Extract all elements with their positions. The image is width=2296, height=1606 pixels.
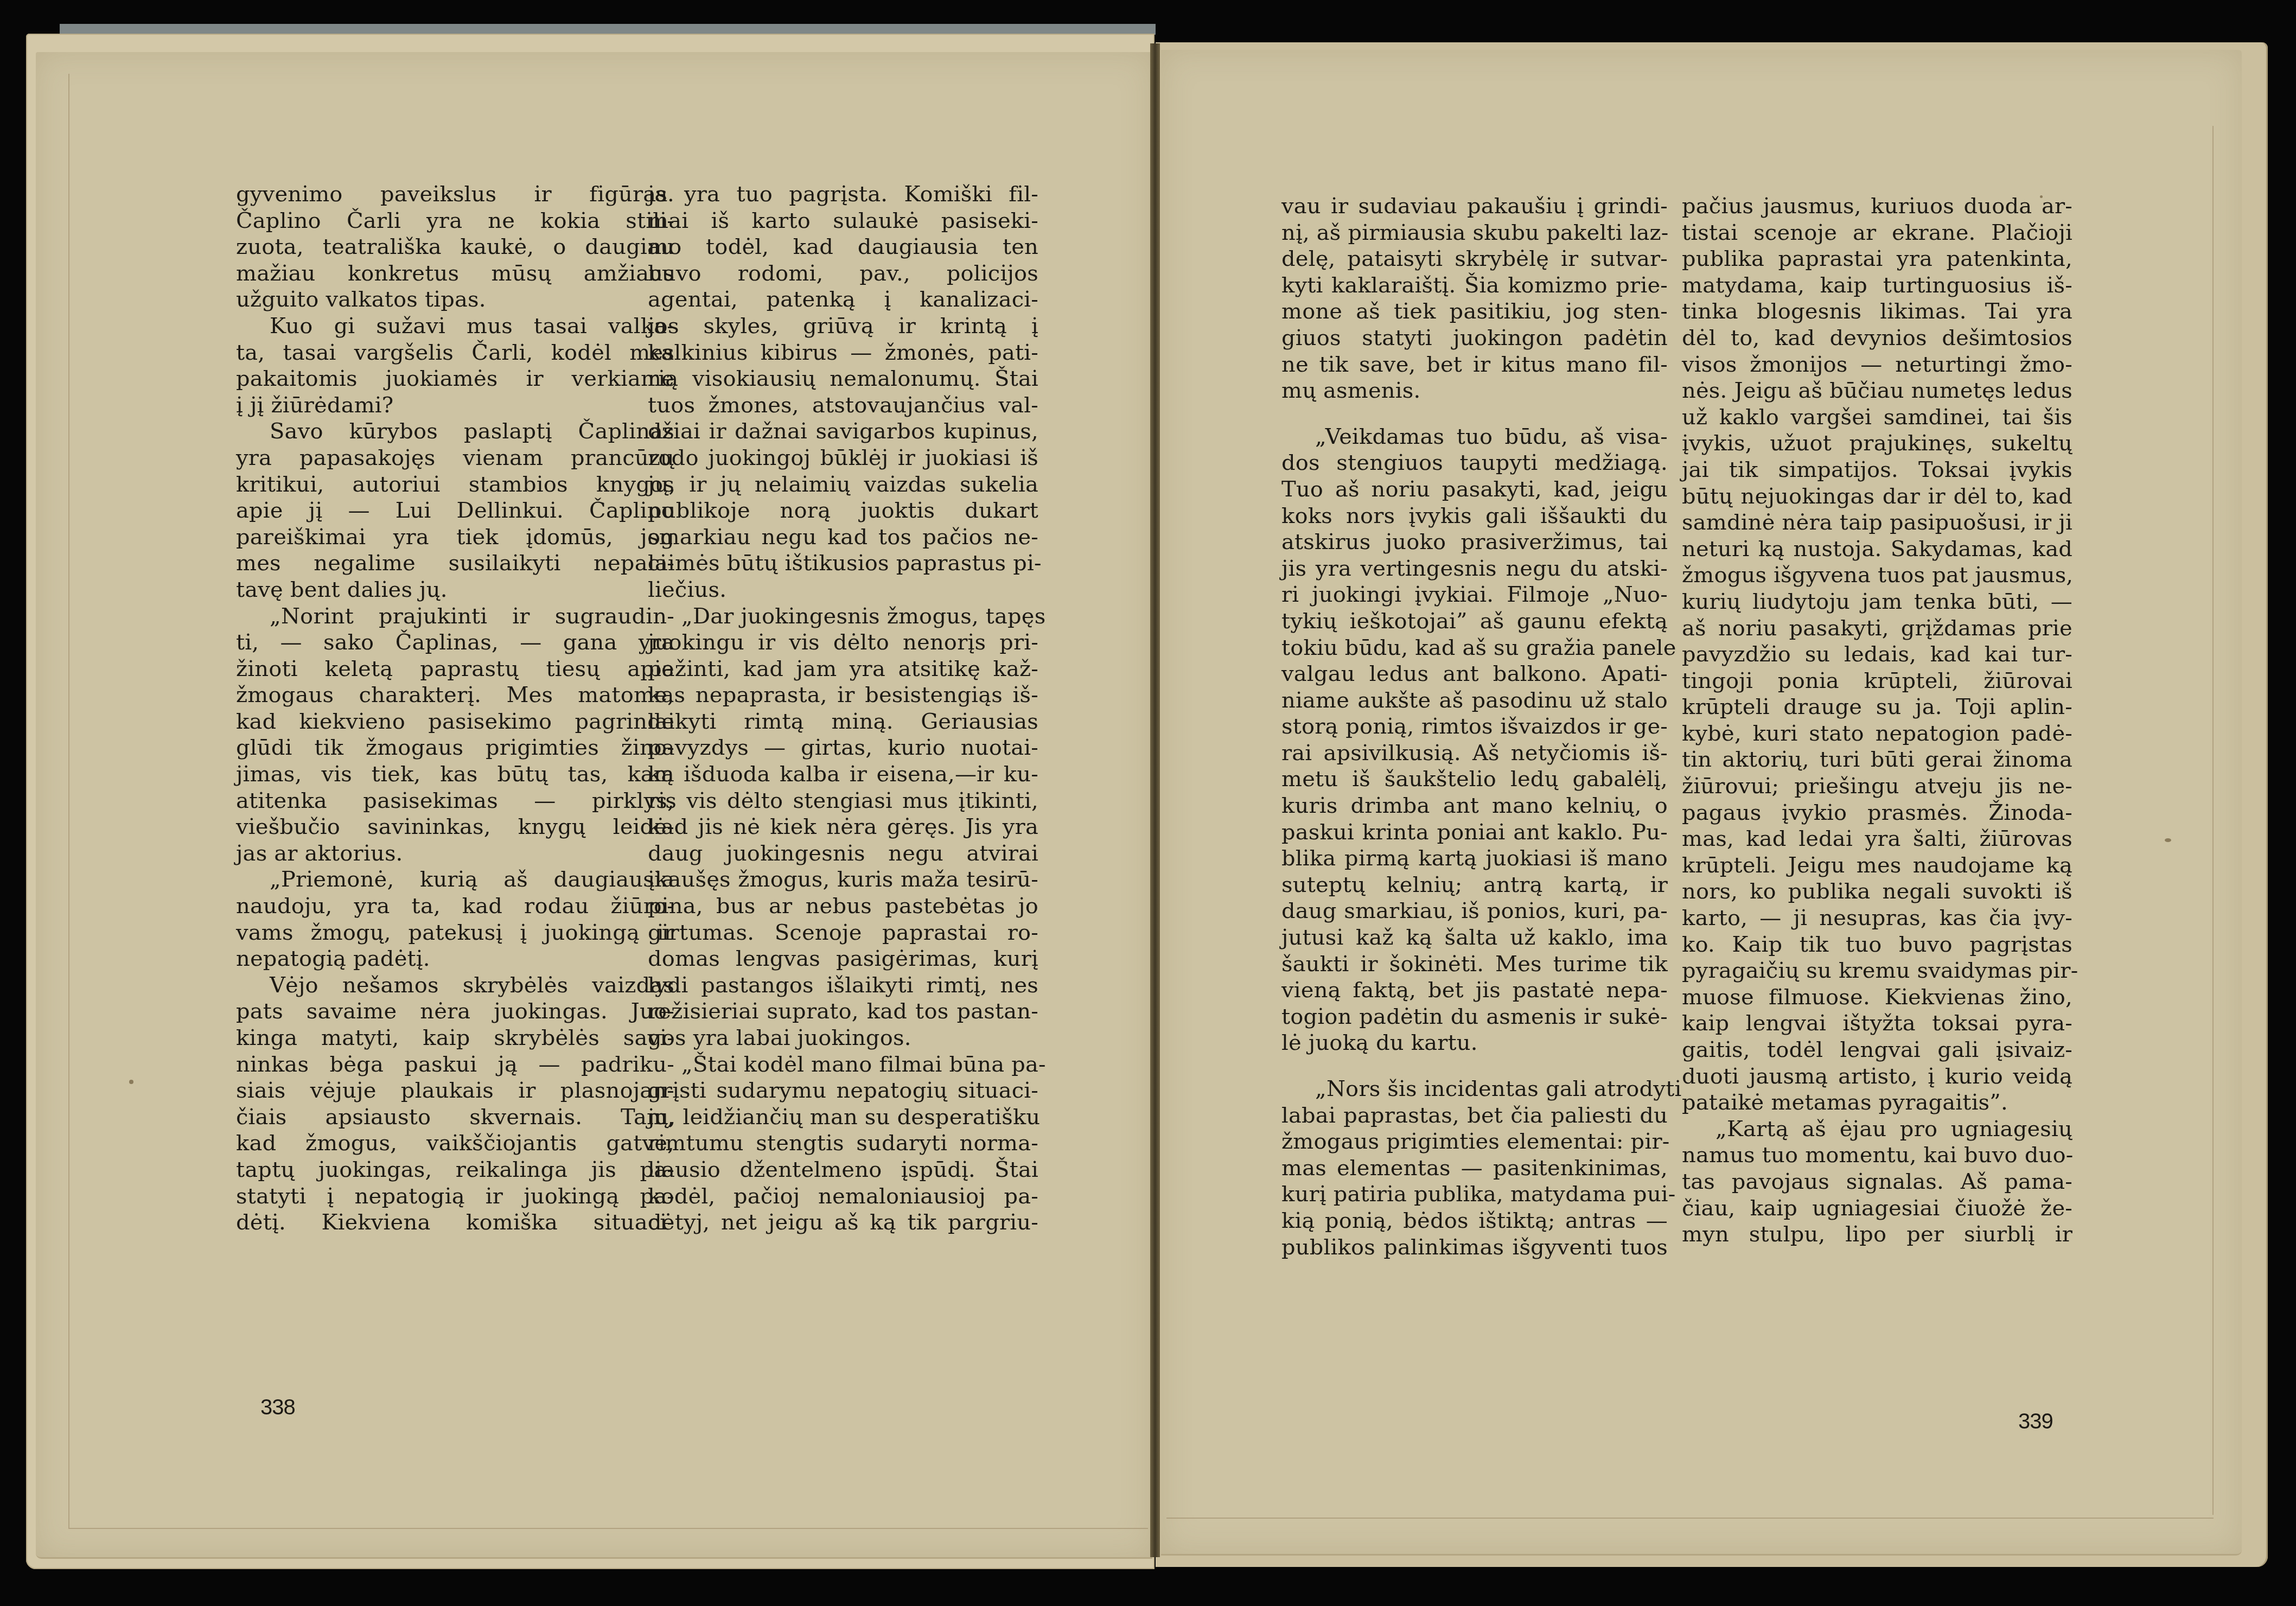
text-line: tavę bent dalies jų. bbox=[236, 577, 674, 603]
text-line: tykių ieškotojai” aš gaunu efektą bbox=[1281, 608, 1668, 635]
text-line: labai paprastas, bet čia paliesti du bbox=[1281, 1102, 1668, 1129]
text-line: jas ar aktorius. bbox=[236, 840, 674, 867]
text-line: koks nors įvykis gali iššaukti du bbox=[1281, 503, 1668, 530]
text-line: yra papasakojęs vienam prancūzų bbox=[236, 445, 674, 471]
text-line: nį, aš pirmiausia skubu pakelti laz- bbox=[1281, 220, 1668, 246]
text-line: krūpteli. Jeigu mes naudojame ką bbox=[1682, 852, 2072, 879]
text-line: vieną faktą, bet jis pastatė nepa- bbox=[1281, 977, 1668, 1004]
text-line: ninkas bėga paskui ją — padriku- bbox=[236, 1051, 674, 1078]
text-line: girtumas. Scenoje paprastai ro- bbox=[648, 920, 1038, 946]
text-line: nės. Jeigu aš būčiau numetęs ledus bbox=[1682, 378, 2072, 404]
text-line: rimtumu stengtis sudaryti norma- bbox=[648, 1130, 1038, 1157]
text-line: tokiu būdu, kad aš su gražia panele bbox=[1281, 635, 1668, 661]
text-line: užguito valkatos tipas. bbox=[236, 286, 674, 313]
text-line: mai iš karto sulaukė pasiseki- bbox=[648, 208, 1038, 234]
text-line: kritikui, autoriui stambios knygos bbox=[236, 471, 674, 498]
text-line: jos skyles, griūvą ir krintą į bbox=[648, 313, 1038, 340]
paper-speck bbox=[2040, 195, 2043, 198]
page-crease bbox=[68, 1528, 1148, 1529]
text-line: mų asmenis. bbox=[1281, 378, 1668, 404]
right-page-column-1: vau ir sudaviau pakaušiu į grindi-nį, aš… bbox=[1281, 193, 1668, 1260]
text-line: mo todėl, kad daugiausia ten bbox=[648, 234, 1038, 260]
text-line: šaukti ir šokinėti. Mes turime tik bbox=[1281, 951, 1668, 978]
text-line: „Veikdamas tuo būdu, aš visa- bbox=[1281, 424, 1668, 450]
text-line: kyti kaklaraištį. Šia komizmo prie- bbox=[1281, 272, 1668, 299]
text-line: pavyzdžio su ledais, kad kai tur- bbox=[1682, 641, 2072, 668]
text-line: pina, bus ar nebus pastebėtas jo bbox=[648, 893, 1038, 920]
text-line: suteptų kelnių; antrą kartą, ir bbox=[1281, 872, 1668, 898]
text-line: grįsti sudarymu nepatogių situaci- bbox=[648, 1078, 1038, 1104]
text-line: vau ir sudaviau pakaušiu į grindi- bbox=[1281, 193, 1668, 220]
text-line: atitenka pasisekimas — pirklys, bbox=[236, 788, 674, 814]
text-line: ką išduoda kalba ir eisena,—ir ku- bbox=[648, 761, 1038, 788]
text-line: Tuo aš noriu pasakyti, kad, jeigu bbox=[1281, 476, 1668, 503]
text-line: kad kiekvieno pasisekimo pagrinde bbox=[236, 709, 674, 735]
text-line: laimės būtų ištikusios paprastus pi- bbox=[648, 550, 1038, 577]
text-line: delę, pataisyti skrybėlę ir sutvar- bbox=[1281, 246, 1668, 272]
text-line: kad žmogus, vaikščiojantis gatve, bbox=[236, 1130, 674, 1157]
text-line: gyvenimo paveikslus ir figūras. bbox=[236, 181, 674, 208]
text-line: ri juokingi įvykiai. Filmoje „Nuo- bbox=[1281, 582, 1668, 608]
book-cover-edge bbox=[60, 24, 1156, 35]
text-line: glūdi tik žmogaus prigimties žino- bbox=[236, 735, 674, 761]
text-line: laikyti rimtą miną. Geriausias bbox=[648, 709, 1038, 735]
text-line: giuos statyti juokingon padėtin bbox=[1281, 325, 1668, 352]
text-line: „Norint prajukinti ir sugraudin- bbox=[236, 603, 674, 630]
text-line: jai tik simpatijos. Toksai įvykis bbox=[1682, 457, 2072, 483]
text-line: „Priemonė, kurią aš daugiausia bbox=[236, 866, 674, 893]
text-line: kybė, kuri stato nepatogion padė- bbox=[1682, 721, 2072, 747]
text-line: mažiau konkretus mūsų amžiaus bbox=[236, 260, 674, 287]
text-line: rai apsivilkusią. Aš netyčiomis iš- bbox=[1281, 740, 1668, 767]
text-line: kuris drimba ant mano kelnių, o bbox=[1281, 793, 1668, 819]
text-line: lė juoką du kartu. bbox=[1281, 1030, 1668, 1056]
text-line: muose filmuose. Kiekvienas žino, bbox=[1682, 984, 2072, 1011]
text-line: buvo rodomi, pav., policijos bbox=[648, 260, 1038, 287]
text-line: smarkiau negu kad tos pačios ne- bbox=[648, 524, 1038, 551]
left-page-column-1: gyvenimo paveikslus ir figūras.Čaplino Č… bbox=[236, 181, 674, 1236]
text-line: liečius. bbox=[648, 577, 1038, 603]
text-line: mes negalime susilaikyti nepaci- bbox=[236, 550, 674, 577]
text-line: taptų juokingas, reikalinga jis pa- bbox=[236, 1157, 674, 1183]
page-crease bbox=[2212, 126, 2214, 1515]
book-gutter bbox=[1150, 43, 1160, 1557]
text-line: „Dar juokingesnis žmogus, tapęs bbox=[648, 603, 1038, 630]
text-line: zuota, teatrališka kaukė, o daugiau bbox=[236, 234, 674, 260]
text-line: kaip lengvai ištyžta toksai pyra- bbox=[1682, 1010, 2072, 1037]
text-line: už kaklo vargšei samdinei, tai šis bbox=[1682, 404, 2072, 431]
page-number-left: 338 bbox=[260, 1395, 295, 1420]
text-line: kurių liudytoju jam tenka būti, — bbox=[1682, 589, 2072, 615]
text-line: Kuo gi sužavi mus tasai valka- bbox=[236, 313, 674, 340]
text-line: krūpteli drauge su ja. Toji aplin- bbox=[1682, 694, 2072, 721]
text-line: ta, tasai vargšelis Čarli, kodėl mes bbox=[236, 340, 674, 366]
text-line: jų, ir jų nelaimių vaizdas sukelia bbox=[648, 471, 1038, 498]
text-line: į jį žiūrėdami? bbox=[236, 392, 674, 419]
text-line: mas elementas — pasitenkinimas, bbox=[1281, 1155, 1668, 1182]
text-line: pareiškimai yra tiek įdomūs, jog bbox=[236, 524, 674, 551]
text-line: tingoji ponia krūpteli, žiūrovai bbox=[1682, 668, 2072, 694]
text-line: karto, — ji nesupras, kas čia įvy- bbox=[1682, 905, 2072, 932]
text-line: kią ponią, bėdos ištiktą; antras — bbox=[1281, 1208, 1668, 1234]
text-line: mone aš tiek pasitikiu, jog sten- bbox=[1281, 298, 1668, 325]
text-line: kad jis nė kiek nėra gėręs. Jis yra bbox=[648, 814, 1038, 840]
text-line: neturi ką nustoja. Sakydamas, kad bbox=[1682, 536, 2072, 563]
text-line: atskirus juoko prasiveržimus, tai bbox=[1281, 529, 1668, 556]
text-line: režisieriai suprato, kad tos pastan- bbox=[648, 998, 1038, 1025]
text-line: įvykis, užuot prajukinęs, sukeltų bbox=[1682, 430, 2072, 457]
text-line: nors, ko publika negali suvokti iš bbox=[1682, 878, 2072, 905]
text-line: myn stulpu, lipo per siurblį ir bbox=[1682, 1221, 2072, 1248]
page-number-right: 339 bbox=[2018, 1410, 2053, 1434]
text-line: kas nepaprasta, ir besistengiąs iš- bbox=[648, 682, 1038, 709]
text-line: gaitis, todėl lengvai gali įsivaiz- bbox=[1682, 1037, 2072, 1063]
page-crease bbox=[1166, 1518, 2214, 1519]
text-line: togion padėtin du asmenis ir sukė- bbox=[1281, 1004, 1668, 1030]
text-line: publika paprastai yra patenkinta, bbox=[1682, 246, 2072, 272]
text-line: būtų nejuokingas dar ir dėl to, kad bbox=[1682, 483, 2072, 510]
text-line: niame aukšte aš pasodinu už stalo bbox=[1281, 687, 1668, 714]
text-line: „Kartą aš ėjau pro ugniagesių bbox=[1682, 1116, 2072, 1143]
text-line: matydama, kaip turtinguosius iš- bbox=[1682, 272, 2072, 299]
text-line: ti, — sako Čaplinas, — gana yra bbox=[236, 629, 674, 656]
text-line: „Štai kodėl mano filmai būna pa- bbox=[648, 1051, 1038, 1078]
text-line: juokingu ir vis dėlto nenorįs pri- bbox=[648, 629, 1038, 656]
paragraph-gap bbox=[1281, 1056, 1668, 1076]
text-line: „Nors šis incidentas gali atrodyti bbox=[1281, 1076, 1668, 1102]
text-line: dos stengiuos taupyti medžiagą. bbox=[1281, 450, 1668, 476]
text-line: Savo kūrybos paslaptį Čaplinas bbox=[236, 418, 674, 445]
text-line: pats savaime nėra juokingas. Juo- bbox=[236, 998, 674, 1025]
book-scan: gyvenimo paveikslus ir figūras.Čaplino Č… bbox=[0, 0, 2296, 1606]
text-line: jis yra vertingesnis negu du atski- bbox=[1281, 556, 1668, 582]
text-line: kalkinius kibirus — žmonės, pati- bbox=[648, 340, 1038, 366]
text-line: tistai scenoje ar ekrane. Plačioji bbox=[1682, 220, 2072, 246]
text-line: ko. Kaip tik tuo buvo pagrįstas bbox=[1682, 932, 2072, 958]
text-line: aš noriu pasakyti, grįždamas prie bbox=[1682, 615, 2072, 642]
text-line: vams žmogų, patekusį į juokingą ir bbox=[236, 920, 674, 946]
text-line: publikos palinkimas išgyventi tuos bbox=[1281, 1234, 1668, 1261]
text-line: metu iš šaukštelio ledų gabalėlį, bbox=[1281, 766, 1668, 793]
text-line: visos žmonijos — neturtingi žmo- bbox=[1682, 352, 2072, 378]
text-line: Čaplino Čarli yra ne kokia stili- bbox=[236, 208, 674, 234]
text-line: storą ponią, rimtos išvaizdos ir ge- bbox=[1281, 713, 1668, 740]
text-line: žmogaus prigimties elementai: pir- bbox=[1281, 1129, 1668, 1155]
text-line: pavyzdys — girtas, kurio nuotai- bbox=[648, 735, 1038, 761]
text-line: tin aktorių, turi būti gerai žinoma bbox=[1682, 747, 2072, 773]
text-line: kurį patiria publika, matydama pui- bbox=[1281, 1181, 1668, 1208]
text-line: rią visokiausių nemalonumų. Štai bbox=[648, 366, 1038, 392]
text-line: tinka blogesnis likimas. Tai yra bbox=[1682, 298, 2072, 325]
text-line: pagaus įvykio prasmės. Žinoda- bbox=[1682, 800, 2072, 826]
text-line: naudoju, yra ta, kad rodau žiūro- bbox=[236, 893, 674, 920]
text-line: nepatogią padėtį. bbox=[236, 946, 674, 972]
text-line: tas pavojaus signalas. Aš pama- bbox=[1682, 1169, 2072, 1195]
text-line: pataikė metamas pyragaitis”. bbox=[1682, 1089, 2072, 1116]
text-line: liausio džentelmeno įspūdį. Štai bbox=[648, 1157, 1038, 1183]
text-line: Vėjo nešamos skrybėlės vaizdas bbox=[236, 972, 674, 999]
text-line: dėtyj, net jeigu aš ką tik pargriu- bbox=[648, 1209, 1038, 1236]
text-line: tuos žmones, atstovaujančius val- bbox=[648, 392, 1038, 419]
text-line: valgau ledus ant balkono. Apati- bbox=[1281, 661, 1668, 687]
paper-speck bbox=[2165, 838, 2171, 842]
text-line: pažinti, kad jam yra atsitikę kaž- bbox=[648, 656, 1038, 683]
text-line: čiau, kaip ugniagesiai čiuožė že- bbox=[1682, 1195, 2072, 1222]
text-line: samdinė nėra taip pasipuošusi, ir ji bbox=[1682, 509, 2072, 536]
text-line: rodo juokingoj būklėj ir juokiasi iš bbox=[648, 445, 1038, 471]
text-line: mas, kad ledai yra šalti, žiūrovas bbox=[1682, 826, 2072, 852]
text-line: jutusi kaž ką šalta už kaklo, ima bbox=[1281, 925, 1668, 951]
text-line: agentai, patenką į kanalizaci- bbox=[648, 286, 1038, 313]
text-line: ja yra tuo pagrįsta. Komiški fil- bbox=[648, 181, 1038, 208]
paper-speck bbox=[129, 1080, 133, 1084]
text-line: viešbučio savininkas, knygų leidė- bbox=[236, 814, 674, 840]
text-line: blika pirmą kartą juokiasi iš mano bbox=[1281, 845, 1668, 872]
text-line: dėtį. Kiekviena komiška situaci- bbox=[236, 1209, 674, 1236]
right-page-column-2: pačius jausmus, kuriuos duoda ar-tistai … bbox=[1682, 193, 2072, 1248]
paragraph-gap bbox=[1281, 404, 1668, 424]
text-line: kinga matyti, kaip skrybėlės savi- bbox=[236, 1025, 674, 1051]
text-line: siais vėjuje plaukais ir plasnojan- bbox=[236, 1078, 674, 1104]
text-line: kodėl, pačioj nemaloniausioj pa- bbox=[648, 1183, 1038, 1210]
text-line: namus tuo momentu, kai buvo duo- bbox=[1682, 1142, 2072, 1169]
text-line: jų, leidžiančių man su desperatišku bbox=[648, 1104, 1038, 1131]
text-line: įkaušęs žmogus, kuris maža tesirū- bbox=[648, 866, 1038, 893]
text-line: daug juokingesnis negu atvirai bbox=[648, 840, 1038, 867]
text-line: lydi pastangos išlaikyti rimtį, nes bbox=[648, 972, 1038, 999]
text-line: pačius jausmus, kuriuos duoda ar- bbox=[1682, 193, 2072, 220]
text-line: gos yra labai juokingos. bbox=[648, 1025, 1038, 1051]
text-line: žmogus išgyvena tuos pat jausmus, bbox=[1682, 562, 2072, 589]
text-line: paskui krinta poniai ant kaklo. Pu- bbox=[1281, 819, 1668, 846]
text-line: statyti į nepatogią ir juokingą pa- bbox=[236, 1183, 674, 1210]
page-crease bbox=[68, 74, 69, 1528]
text-line: jimas, vis tiek, kas būtų tas, kam bbox=[236, 761, 674, 788]
left-page-column-2: ja yra tuo pagrįsta. Komiški fil-mai iš … bbox=[648, 181, 1038, 1236]
text-line: duoti jausmą artisto, į kurio veidą bbox=[1682, 1063, 2072, 1090]
text-line: publikoje norą juoktis dukart bbox=[648, 498, 1038, 524]
text-line: ne tik save, bet ir kitus mano fil- bbox=[1281, 352, 1668, 378]
text-line: daug smarkiau, iš ponios, kuri, pa- bbox=[1281, 898, 1668, 925]
text-line: ris vis dėlto stengiasi mus įtikinti, bbox=[648, 788, 1038, 814]
text-line: žinoti keletą paprastų tiesų apie bbox=[236, 656, 674, 683]
text-line: pyragaičių su kremu svaidymas pir- bbox=[1682, 958, 2072, 984]
text-line: džiai ir dažnai savigarbos kupinus, bbox=[648, 418, 1038, 445]
text-line: pakaitomis juokiamės ir verkiame bbox=[236, 366, 674, 392]
text-line: čiais apsiausto skvernais. Tam, bbox=[236, 1104, 674, 1131]
text-line: žiūrovui; priešingu atveju jis ne- bbox=[1682, 773, 2072, 800]
text-line: dėl to, kad devynios dešimtosios bbox=[1682, 325, 2072, 352]
text-line: domas lengvas pasigėrimas, kurį bbox=[648, 946, 1038, 972]
text-line: žmogaus charakterį. Mes matome, bbox=[236, 682, 674, 709]
text-line: apie jį — Lui Dellinkui. Čaplino bbox=[236, 498, 674, 524]
